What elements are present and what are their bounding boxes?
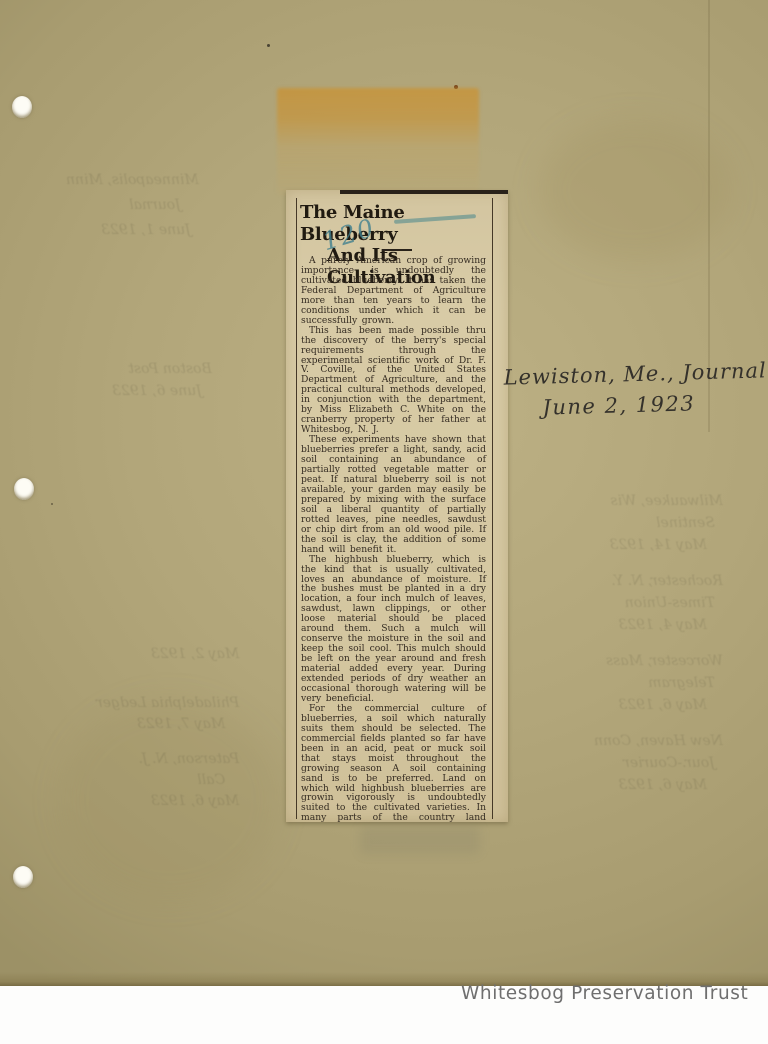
clipping-paragraph: For the commercial culture of blueberrie…	[301, 704, 486, 822]
shadow-smudge	[360, 826, 480, 854]
scanned-scrapbook-image: Minneapolis, Minn Journal June 1, 1923 B…	[0, 0, 768, 1044]
page-stain	[540, 120, 730, 260]
annotation-source: Lewiston, Me., Journal	[503, 358, 767, 389]
ghost-writing-mid-left: Boston Post June 6, 1923	[112, 358, 212, 402]
punch-hole-bottom	[13, 866, 33, 888]
tape-stain	[277, 88, 479, 195]
handwritten-annotation: Lewiston, Me., Journal June 2, 1923	[503, 358, 768, 420]
punch-hole-top	[12, 96, 32, 118]
clipping-paragraph: A purely American crop of growing import…	[301, 256, 486, 326]
page-speck	[51, 503, 53, 505]
clipping-body-text: A purely American crop of growing import…	[301, 256, 486, 822]
album-page: Minneapolis, Minn Journal June 1, 1923 B…	[0, 0, 768, 986]
ghost-writing-top-left: Minneapolis, Minn Journal June 1, 1923	[66, 168, 199, 243]
clipping-paragraph: These experiments have shown that bluebe…	[301, 435, 486, 554]
ghost-writing-right-column: Milwaukee, Wis Sentinel May 14, 1923 Roc…	[594, 490, 723, 810]
newspaper-clipping: The Maine Blueberry And Its Cultivation …	[286, 190, 508, 822]
clipping-top-rule	[340, 190, 508, 194]
punch-hole-middle	[14, 478, 34, 500]
clipping-paragraph: This has been made possible thru the dis…	[301, 326, 486, 435]
annotation-date: June 2, 1923	[542, 389, 768, 419]
headline-divider	[382, 249, 412, 251]
page-speck	[267, 44, 270, 47]
watermark-text: Whitesbog Preservation Trust	[461, 983, 748, 1004]
clipping-paragraph: The highbush blueberry, which is the kin…	[301, 555, 486, 704]
ghost-writing-lower-left: May 2, 1923 Philadelphia Ledger May 7, 1…	[96, 644, 239, 812]
